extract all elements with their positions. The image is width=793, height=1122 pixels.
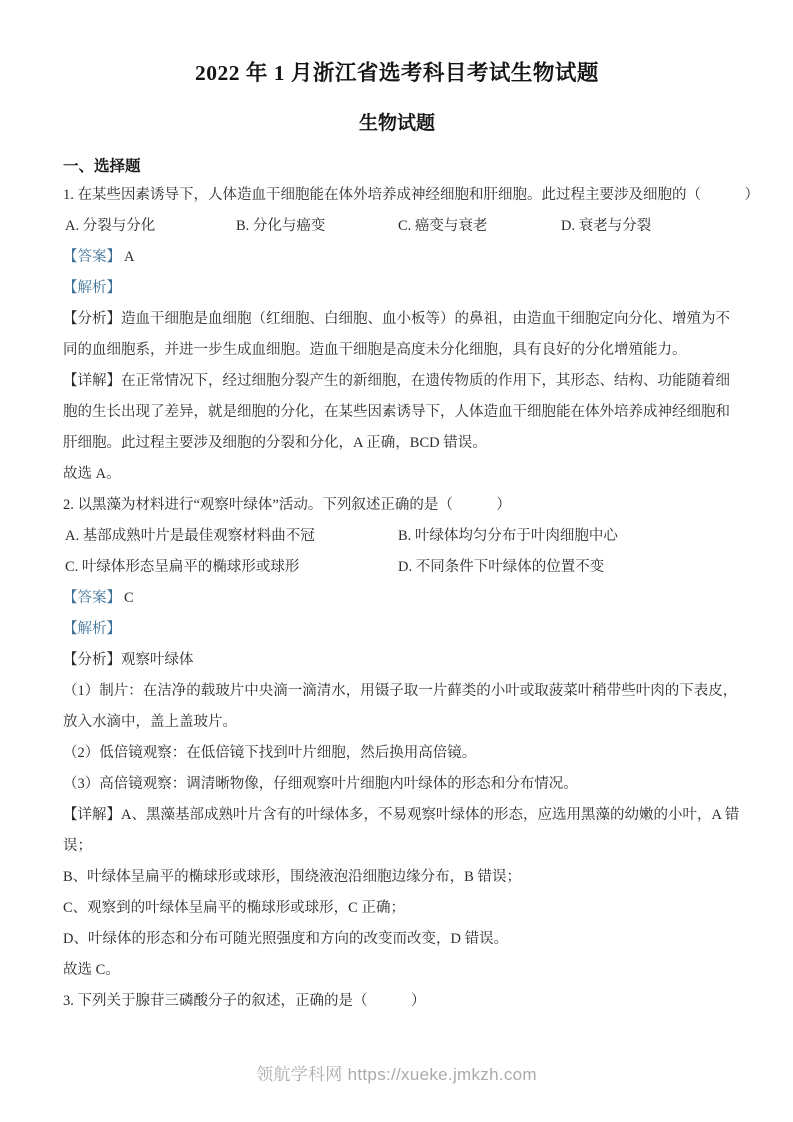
- q1-option-b: B. 分化与癌变: [236, 211, 398, 242]
- q1-answer-line: 【答案】A: [63, 242, 731, 273]
- q2-analysis-line-5: （3）高倍镜观察：调清晰物像，仔细观察叶片细胞内叶绿体的形态和分布情况。: [63, 769, 731, 800]
- q2-answer-value: C: [124, 590, 134, 606]
- section-heading-multiple-choice: 一、选择题: [63, 154, 731, 180]
- q2-detail-line-3: B、叶绿体呈扁平的椭球形或球形，围绕液泡沿细胞边缘分布，B 错误；: [63, 862, 731, 893]
- document-title: 2022 年 1 月浙江省选考科目考试生物试题: [63, 58, 731, 88]
- q1-analysis-line-2: 同的血细胞系，并进一步生成血细胞。造血干细胞是高度未分化细胞，具有良好的分化增殖…: [63, 335, 731, 366]
- q1-answer-value: A: [124, 249, 134, 265]
- document-subtitle: 生物试题: [63, 110, 731, 138]
- q2-detail-line-2: 误；: [63, 831, 731, 862]
- q2-option-c: C. 叶绿体形态呈扁平的椭球形或球形: [65, 552, 398, 583]
- q1-conclusion: 故选 A。: [63, 459, 731, 490]
- q1-option-d: D. 衰老与分裂: [561, 211, 651, 242]
- answer-label: 【答案】: [63, 249, 121, 265]
- q1-options-row: A. 分裂与分化B. 分化与癌变C. 癌变与衰老D. 衰老与分裂: [63, 211, 731, 242]
- q1-detail-line-2: 胞的生长出现了差异，就是细胞的分化，在某些因素诱导下，人体造血干细胞能在体外培养…: [63, 397, 731, 428]
- q2-option-b: B. 叶绿体均匀分布于叶肉细胞中心: [398, 521, 618, 552]
- q2-answer-line: 【答案】C: [63, 583, 731, 614]
- q3-stem: 3. 下列关于腺苷三磷酸分子的叙述，正确的是（ ）: [63, 986, 731, 1017]
- q2-detail-line-5: D、叶绿体的形态和分布可随光照强度和方向的改变而改变，D 错误。: [63, 924, 731, 955]
- q2-option-d: D. 不同条件下叶绿体的位置不变: [398, 552, 604, 583]
- q1-analysis-line-1: 【分析】造血干细胞是血细胞（红细胞、白细胞、血小板等）的鼻祖，由造血干细胞定向分…: [63, 304, 731, 335]
- q2-options-row-1: A. 基部成熟叶片是最佳观察材料曲不冠B. 叶绿体均匀分布于叶肉细胞中心: [63, 521, 731, 552]
- q1-option-a: A. 分裂与分化: [65, 211, 236, 242]
- q2-options-row-2: C. 叶绿体形态呈扁平的椭球形或球形D. 不同条件下叶绿体的位置不变: [63, 552, 731, 583]
- q1-option-c: C. 癌变与衰老: [398, 211, 561, 242]
- q2-option-a: A. 基部成熟叶片是最佳观察材料曲不冠: [65, 521, 398, 552]
- q1-detail-line-3: 肝细胞。此过程主要涉及细胞的分裂和分化，A 正确，BCD 错误。: [63, 428, 731, 459]
- q1-analysis-label: 【解析】: [63, 273, 731, 304]
- q2-conclusion: 故选 C。: [63, 955, 731, 986]
- q2-detail-line-1: 【详解】A、黑藻基部成熟叶片含有的叶绿体多，不易观察叶绿体的形态，应选用黑藻的幼…: [63, 800, 731, 831]
- exam-document-page: 2022 年 1 月浙江省选考科目考试生物试题 生物试题 一、选择题 1. 在某…: [0, 0, 793, 1122]
- q2-analysis-line-3: 放入水滴中，盖上盖玻片。: [63, 707, 731, 738]
- q2-stem: 2. 以黑藻为材料进行“观察叶绿体”活动。下列叙述正确的是（ ）: [63, 490, 731, 521]
- q2-detail-line-4: C、观察到的叶绿体呈扁平的椭球形或球形，C 正确；: [63, 893, 731, 924]
- watermark-footer: 领航学科网 https://xueke.jmkzh.com: [0, 1063, 793, 1087]
- q2-analysis-line-2: （1）制片：在洁净的载玻片中央滴一滴清水，用镊子取一片藓类的小叶或取菠菜叶稍带些…: [63, 676, 731, 707]
- answer-label: 【答案】: [63, 590, 121, 606]
- q1-stem: 1. 在某些因素诱导下，人体造血干细胞能在体外培养成神经细胞和肝细胞。此过程主要…: [63, 180, 731, 211]
- q2-analysis-label: 【解析】: [63, 614, 731, 645]
- document-content: 2022 年 1 月浙江省选考科目考试生物试题 生物试题 一、选择题 1. 在某…: [63, 58, 731, 1017]
- q1-detail-line-1: 【详解】在正常情况下，经过细胞分裂产生的新细胞，在遗传物质的作用下，其形态、结构…: [63, 366, 731, 397]
- q2-analysis-line-1: 【分析】观察叶绿体: [63, 645, 731, 676]
- q2-analysis-line-4: （2）低倍镜观察：在低倍镜下找到叶片细胞，然后换用高倍镜。: [63, 738, 731, 769]
